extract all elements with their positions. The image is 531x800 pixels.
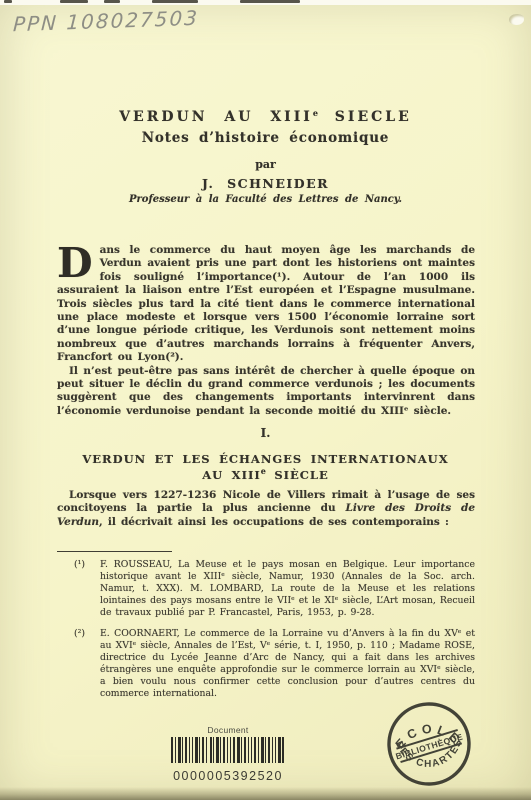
footnote-2-text: E. COORNAERT, Le commerce de la Lorraine… (100, 628, 475, 700)
scan-artifact (240, 0, 300, 3)
scanned-document-page: PPN 108027503 VERDUN AU XIIIe SIECLE Not… (0, 0, 531, 800)
barcode-bars (163, 737, 293, 768)
scan-artifact (104, 0, 120, 3)
paragraph-3-text-end: , il décrivait ainsi les occupations de … (99, 516, 449, 528)
barcode-label: Document (163, 725, 293, 735)
footnote-separator (57, 551, 172, 552)
paragraph-3: Lorsque vers 1227-1236 Nicole de Villers… (57, 489, 475, 529)
document-subtitle: Notes d’histoire économique (0, 130, 531, 146)
heading-text: AU XIII (202, 468, 261, 482)
author-role: Professeur à la Faculté des Lettres de N… (0, 194, 531, 205)
paragraph-1-text: ans le commerce du haut moyen âge les ma… (57, 244, 475, 363)
footnote-2-marker: (²) (57, 628, 100, 700)
footnote-1: (¹) F. ROUSSEAU, La Meuse et le pays mos… (57, 559, 475, 619)
ecole-des-chartes-stamp: ECOLE DES CHARTES BIBLIOTHÈQUE (382, 697, 477, 792)
stamp-graphic: ECOLE DES CHARTES BIBLIOTHÈQUE (382, 697, 477, 792)
body-paragraphs: Dans le commerce du haut moyen âge les m… (57, 244, 475, 418)
library-barcode: Document 0000005392520 (163, 725, 293, 783)
scan-artifact (509, 14, 524, 25)
scan-artifact (4, 0, 12, 3)
footnote-1-text: F. ROUSSEAU, La Meuse et le pays mosan e… (100, 559, 475, 619)
paragraph-2: Il n’est peut-être pas sans intérêt de c… (57, 365, 475, 419)
author-name: J. SCHNEIDER (0, 176, 531, 191)
footnote-1-marker: (¹) (57, 559, 100, 619)
section-number: I. (0, 426, 531, 440)
section-heading-line1: VERDUN ET LES ÉCHANGES INTERNATIONAUX (0, 452, 531, 466)
byline: par (0, 158, 531, 171)
barcode-number: 0000005392520 (163, 769, 293, 783)
drop-cap: D (57, 244, 100, 282)
scan-bottom-edge (0, 787, 531, 800)
title-text-end: SIECLE (318, 109, 412, 125)
paragraph-1: Dans le commerce du haut moyen âge les m… (57, 244, 475, 365)
document-title: VERDUN AU XIIIe SIECLE (0, 108, 531, 125)
scan-artifact (152, 0, 198, 3)
heading-text-end: SIÈCLE (266, 468, 329, 482)
title-text: VERDUN AU XIII (119, 109, 313, 125)
section-heading-line2: AU XIIIe SIÈCLE (0, 466, 531, 482)
footnote-2: (²) E. COORNAERT, Le commerce de la Lorr… (57, 628, 475, 700)
scan-artifact (60, 0, 88, 3)
ppn-handwritten-note: PPN 108027503 (12, 6, 199, 37)
footnotes: (¹) F. ROUSSEAU, La Meuse et le pays mos… (57, 559, 475, 700)
